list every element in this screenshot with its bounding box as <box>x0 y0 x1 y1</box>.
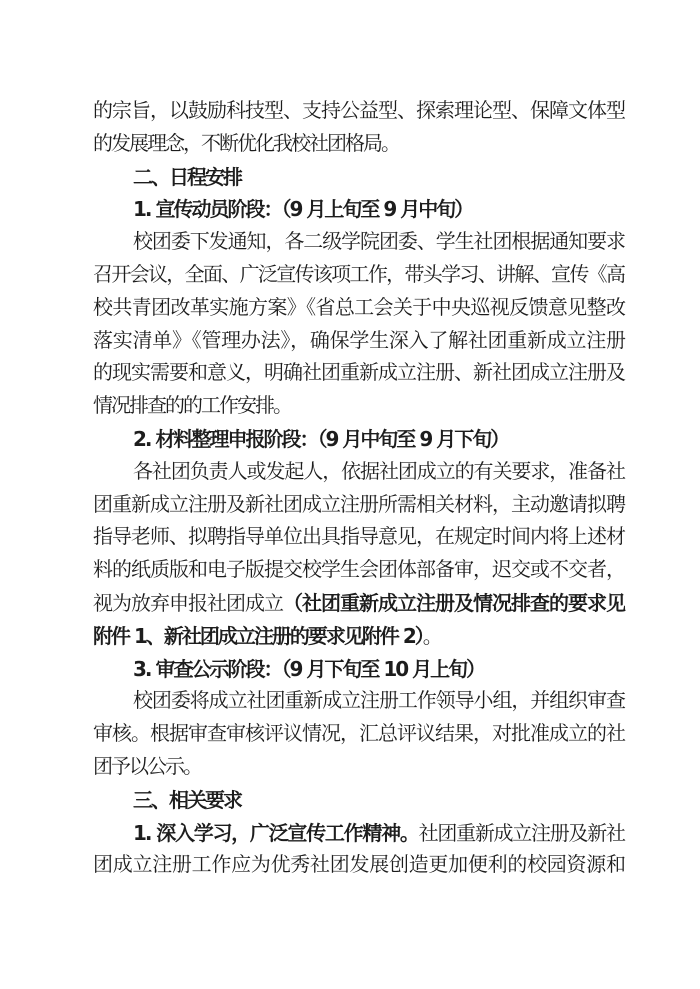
text-segment: 的发展理念，不断优化我校社团格局。 <box>93 133 399 155</box>
text-segment: 校团委将成立社团重新成立注册工作领导小组，并组织审查 <box>133 690 624 712</box>
section-heading: 三、相关要求 <box>93 784 624 817</box>
document-body: 的宗旨，以鼓励科技型、支持公益型、探索理论型、保障文体型的发展理念，不断优化我校… <box>93 95 624 882</box>
text-segment: 落实清单》《管理办法》，确保学生深入了解社团重新成立注册 <box>93 330 624 352</box>
section-heading: 1. 宣传动员阶段：（9 月上旬至 9 月中旬） <box>93 193 624 226</box>
text-segment: 指导老师、拟聘指导单位出具指导意见，在规定时间内将上述材 <box>93 526 624 548</box>
body-text-line: 指导老师、拟聘指导单位出具指导意见，在规定时间内将上述材 <box>93 521 624 554</box>
text-segment: 。 <box>423 626 441 648</box>
body-text-line: 各社团负责人或发起人，依据社团成立的有关要求，准备社 <box>93 456 624 489</box>
text-segment: 各社团负责人或发起人，依据社团成立的有关要求，准备社 <box>133 461 624 483</box>
body-text-line: 情况排查的的工作安排。 <box>93 390 624 423</box>
text-segment: 召开会议，全面、广泛宣传该项工作，带头学习、讲解、宣传《高 <box>93 264 624 286</box>
bold-text-segment: 二、日程安排 <box>133 165 241 189</box>
text-segment: 的现实需要和意义，明确社团重新成立注册、新社团成立注册及 <box>93 362 624 384</box>
text-segment: 团成立注册工作应为优秀社团发展创造更加便利的校园资源和 <box>93 854 624 876</box>
body-text-line: 团成立注册工作应为优秀社团发展创造更加便利的校园资源和 <box>93 849 624 882</box>
body-text-line: 落实清单》《管理办法》，确保学生深入了解社团重新成立注册 <box>93 325 624 358</box>
body-text-line: 校团委下发通知，各二级学院团委、学生社团根据通知要求 <box>93 226 624 259</box>
body-text-line: 审核。根据审查审核评议情况，汇总评议结果，对批准成立的社 <box>93 718 624 751</box>
text-segment: 的宗旨，以鼓励科技型、支持公益型、探索理论型、保障文体型 <box>93 100 624 122</box>
body-text-line: 的现实需要和意义，明确社团重新成立注册、新社团成立注册及 <box>93 357 624 390</box>
bold-text-segment: 1. 宣传动员阶段：（9 月上旬至 9 月中旬） <box>133 197 472 221</box>
bold-text-segment: 2. 材料整理申报阶段：（9 月中旬至 9 月下旬） <box>133 427 508 451</box>
section-heading: 二、日程安排 <box>93 161 624 194</box>
body-text-line: 团予以公示。 <box>93 751 624 784</box>
body-text-line: 校团委将成立社团重新成立注册工作领导小组，并组织审查 <box>93 685 624 718</box>
text-segment: 情况排查的的工作安排。 <box>93 395 291 417</box>
body-text-line: 视为放弃申报社团成立（社团重新成立注册及情况排查的要求见 <box>93 587 624 620</box>
body-text-line: 团重新成立注册及新社团成立注册所需相关材料，主动邀请拟聘 <box>93 489 624 522</box>
text-segment: 团予以公示。 <box>93 756 201 778</box>
text-segment: 视为放弃申报社团成立 <box>93 593 283 615</box>
bold-text-segment: 1. 深入学习，广泛宣传工作精神。 <box>133 821 419 845</box>
text-segment: 料的纸质版和电子版提交校学生会团体部备审，迟交或不交者， <box>93 559 624 581</box>
document-page: 的宗旨，以鼓励科技型、支持公益型、探索理论型、保障文体型的发展理念，不断优化我校… <box>0 0 700 989</box>
body-text-line: 1. 深入学习，广泛宣传工作精神。社团重新成立注册及新社 <box>93 817 624 850</box>
bold-text-segment: 附件 1、新社团成立注册的要求见附件 2） <box>93 624 423 648</box>
section-heading: 3. 审查公示阶段：（9 月下旬至 10 月上旬） <box>93 653 624 686</box>
text-segment: 审核。根据审查审核评议情况，汇总评议结果，对批准成立的社 <box>93 723 624 745</box>
bold-text-segment: 3. 审查公示阶段：（9 月下旬至 10 月上旬） <box>133 657 484 681</box>
bold-text-segment: 三、相关要求 <box>133 788 241 812</box>
body-text-line: 召开会议，全面、广泛宣传该项工作，带头学习、讲解、宣传《高 <box>93 259 624 292</box>
text-segment: 校团委下发通知，各二级学院团委、学生社团根据通知要求 <box>133 231 624 253</box>
text-segment: 社团重新成立注册及新社 <box>419 823 624 845</box>
bold-text-segment: （社团重新成立注册及情况排查的要求见 <box>283 591 624 615</box>
body-text-line: 的发展理念，不断优化我校社团格局。 <box>93 128 624 161</box>
section-heading: 2. 材料整理申报阶段：（9 月中旬至 9 月下旬） <box>93 423 624 456</box>
body-text-line: 料的纸质版和电子版提交校学生会团体部备审，迟交或不交者， <box>93 554 624 587</box>
body-text-line: 附件 1、新社团成立注册的要求见附件 2）。 <box>93 620 624 653</box>
body-text-line: 校共青团改革实施方案》《省总工会关于中央巡视反馈意见整改 <box>93 292 624 325</box>
body-text-line: 的宗旨，以鼓励科技型、支持公益型、探索理论型、保障文体型 <box>93 95 624 128</box>
text-segment: 团重新成立注册及新社团成立注册所需相关材料，主动邀请拟聘 <box>93 494 624 516</box>
text-segment: 校共青团改革实施方案》《省总工会关于中央巡视反馈意见整改 <box>93 297 624 319</box>
